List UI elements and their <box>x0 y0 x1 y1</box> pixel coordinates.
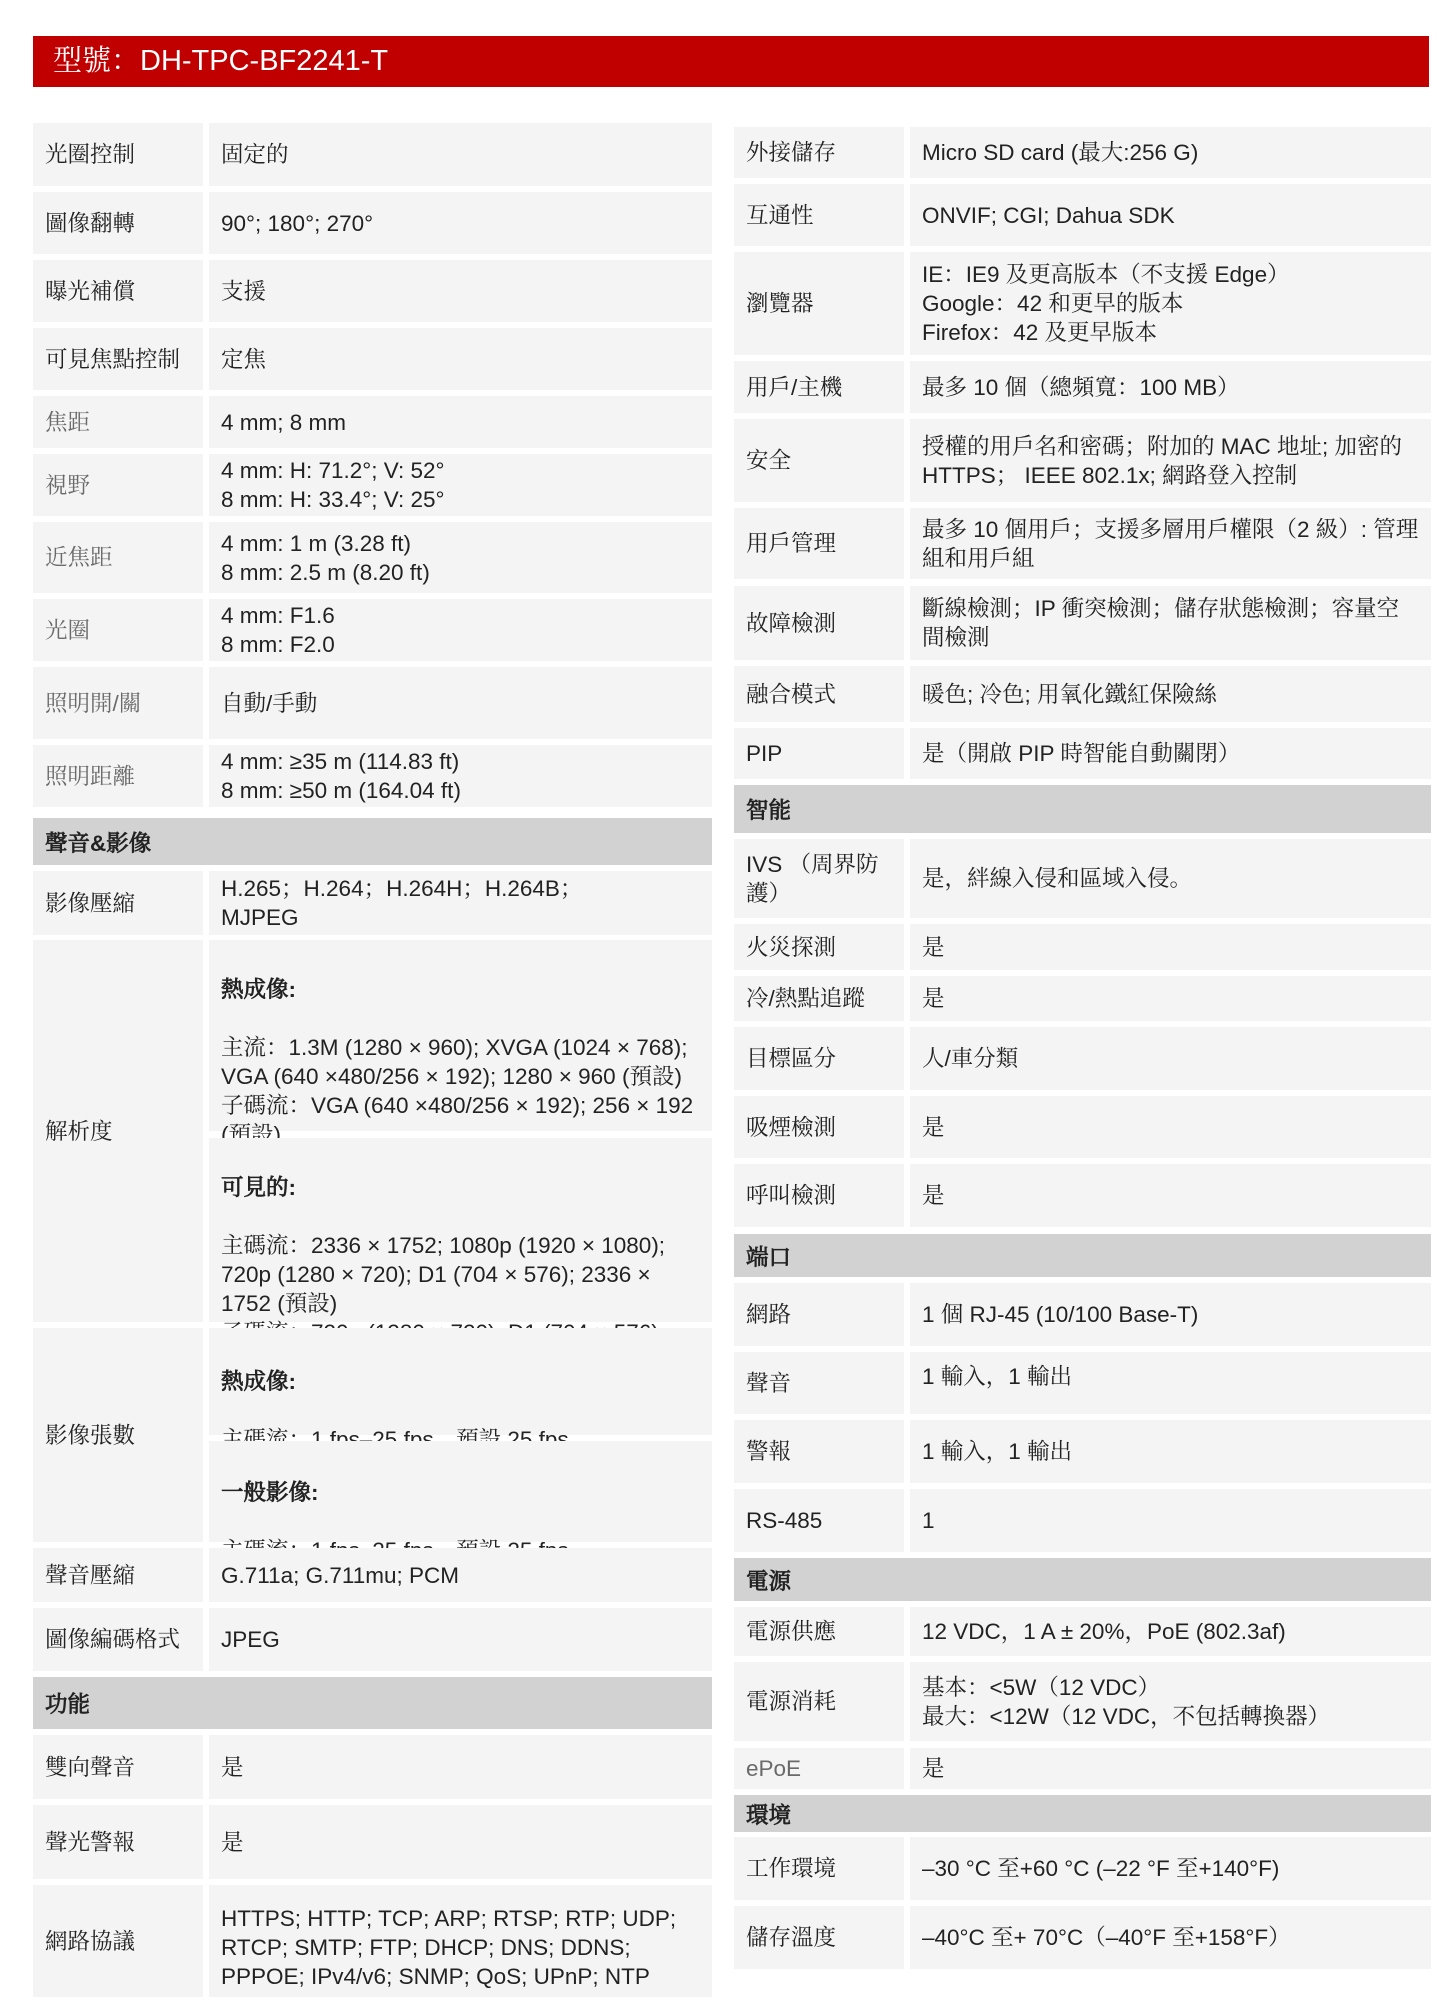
spec-label: PIP <box>734 728 904 779</box>
spec-value: 人/車分類 <box>910 1027 1431 1090</box>
model-title-bar: 型號：DH-TPC-BF2241-T <box>33 36 1429 87</box>
spec-label: 冷/熱點追蹤 <box>734 976 904 1021</box>
model-title: 型號：DH-TPC-BF2241-T <box>53 45 388 77</box>
spec-value: JPEG <box>209 1608 712 1671</box>
resolution-thermal-title: 熱成像: <box>221 975 702 1004</box>
resolution-visible-cell: 可見的: 主碼流：2336 × 1752; 1080p (1920 × 1080… <box>209 1138 712 1322</box>
spec-value: –30 °C 至+60 °C (–22 °F 至+140°F) <box>910 1837 1431 1900</box>
spec-label: 照明距離 <box>33 745 203 807</box>
spec-label: 工作環境 <box>734 1837 904 1900</box>
section-header-environment: 環境 <box>734 1795 1431 1832</box>
spec-value: 1 輸入，1 輸出 <box>910 1352 1431 1414</box>
spec-label: 用戶管理 <box>734 508 904 579</box>
spec-value: G.711a; G.711mu; PCM <box>209 1548 712 1602</box>
spec-label: 影像張數 <box>33 1328 203 1542</box>
spec-label: 融合模式 <box>734 666 904 722</box>
spec-value: 暖色; 冷色; 用氧化鐵紅保險絲 <box>910 666 1431 722</box>
spec-label: 聲音 <box>734 1352 904 1414</box>
spec-label: 聲音壓縮 <box>33 1548 203 1602</box>
spec-label: 近焦距 <box>33 522 203 593</box>
spec-label: 目標區分 <box>734 1027 904 1090</box>
spec-label: 光圈控制 <box>33 123 203 186</box>
resolution-thermal-text: 主流：1.3M (1280 × 960); XVGA (1024 × 768);… <box>221 1035 693 1147</box>
spec-value: 1 <box>910 1489 1431 1552</box>
spec-value: 定焦 <box>209 328 712 390</box>
spec-label: 照明開/關 <box>33 667 203 739</box>
resolution-visible-title: 可見的: <box>221 1173 702 1202</box>
spec-label: 警報 <box>734 1420 904 1483</box>
spec-value: 最多 10 個用戶；支援多層用戶權限（2 級）: 管理組和用戶組 <box>922 515 1421 573</box>
spec-label: 故障檢測 <box>734 586 904 660</box>
spec-value: –40°C 至+ 70°C（–40°F 至+158°F） <box>910 1906 1431 1969</box>
section-header-audio-video: 聲音&影像 <box>33 818 712 865</box>
spec-label: ePoE <box>734 1748 904 1789</box>
spec-value: 斷線檢測；IP 衝突檢測；儲存狀態檢測；容量空間檢測 <box>922 594 1421 652</box>
framerate-thermal-cell: 熱成像: 主碼流：1 fps–25 fps，預設 25 fps 子碼流：1 fp… <box>209 1328 712 1435</box>
resolution-thermal-cell: 熱成像: 主流：1.3M (1280 × 960); XVGA (1024 × … <box>209 940 712 1131</box>
section-header-ports: 端口 <box>734 1234 1431 1277</box>
section-header-function: 功能 <box>33 1677 712 1729</box>
spec-label: 電源消耗 <box>734 1662 904 1741</box>
spec-value: 是 <box>910 976 1431 1021</box>
spec-label: 電源供應 <box>734 1607 904 1656</box>
spec-label: 視野 <box>33 454 203 516</box>
spec-value: 自動/手動 <box>209 667 712 739</box>
spec-label: 圖像編碼格式 <box>33 1608 203 1671</box>
spec-label: 網路協議 <box>33 1885 203 1997</box>
spec-label: 網路 <box>734 1283 904 1346</box>
spec-value: 是 <box>209 1735 712 1799</box>
spec-value: ONVIF; CGI; Dahua SDK <box>910 184 1431 246</box>
spec-value: IE：IE9 及更高版本（不支援 Edge） Google：42 和更早的版本 … <box>922 260 1290 347</box>
spec-value: HTTPS; HTTP; TCP; ARP; RTSP; RTP; UDP; R… <box>221 1904 676 1991</box>
spec-label: IVS （周界防護） <box>746 850 904 908</box>
spec-value: Micro SD card (最大:256 G) <box>910 127 1431 178</box>
spec-value: 4 mm; 8 mm <box>209 396 712 448</box>
spec-label: 圖像翻轉 <box>33 192 203 254</box>
spec-value: 4 mm: ≥35 m (114.83 ft) 8 mm: ≥50 m (164… <box>221 747 461 805</box>
spec-value: 4 mm: 1 m (3.28 ft) 8 mm: 2.5 m (8.20 ft… <box>221 529 430 587</box>
spec-value: 基本：<5W（12 VDC） 最大：<12W（12 VDC，不包括轉換器） <box>922 1673 1330 1731</box>
spec-value: 1 個 RJ-45 (10/100 Base-T) <box>910 1283 1431 1346</box>
spec-label: RS-485 <box>734 1489 904 1552</box>
spec-label: 曝光補償 <box>33 260 203 322</box>
spec-value: 是 <box>910 924 1431 970</box>
spec-value: 90°; 180°; 270° <box>209 192 712 254</box>
spec-label: 雙向聲音 <box>33 1735 203 1799</box>
section-header-smart: 智能 <box>734 785 1431 833</box>
spec-value: 是（開啟 PIP 時智能自動關閉） <box>910 728 1431 779</box>
spec-label: 解析度 <box>33 940 203 1322</box>
spec-value: 4 mm: F1.6 8 mm: F2.0 <box>221 601 335 659</box>
spec-value: 12 VDC，1 A ± 20%，PoE (802.3af) <box>910 1607 1431 1656</box>
spec-value: 是 <box>910 1164 1431 1227</box>
spec-value: 是 <box>910 1096 1431 1158</box>
spec-label: 聲光警報 <box>33 1805 203 1879</box>
spec-value: H.265；H.264；H.264H；H.264B； MJPEG <box>221 874 582 932</box>
framerate-general-cell: 一般影像: 主碼流：1 fps–25 fps，預設 25 fps 子碼流：1 f… <box>209 1441 712 1542</box>
framerate-general-title: 一般影像: <box>221 1478 702 1507</box>
spec-label: 呼叫檢測 <box>734 1164 904 1227</box>
spec-value: 授權的用戶名和密碼；附加的 MAC 地址; 加密的 HTTPS； IEEE 80… <box>922 432 1421 490</box>
spec-label: 焦距 <box>33 396 203 448</box>
spec-label: 儲存溫度 <box>734 1906 904 1969</box>
spec-label: 吸煙檢測 <box>734 1096 904 1158</box>
spec-label: 安全 <box>734 419 904 502</box>
spec-label: 互通性 <box>734 184 904 246</box>
section-header-power: 電源 <box>734 1558 1431 1601</box>
spec-value: 是 <box>209 1805 712 1879</box>
spec-value: 支援 <box>209 260 712 322</box>
spec-value: 是 <box>910 1748 1431 1789</box>
spec-label: 可見焦點控制 <box>33 328 203 390</box>
spec-value: 最多 10 個（總頻寬：100 MB） <box>910 361 1431 413</box>
spec-label: 外接儲存 <box>734 127 904 178</box>
spec-value: 4 mm: H: 71.2°; V: 52° 8 mm: H: 33.4°; V… <box>221 456 445 514</box>
spec-value: 固定的 <box>209 123 712 186</box>
spec-label: 影像壓縮 <box>33 871 203 935</box>
spec-label: 用戶/主機 <box>734 361 904 413</box>
framerate-thermal-title: 熱成像: <box>221 1367 702 1396</box>
spec-label: 火災探測 <box>734 924 904 970</box>
spec-label: 瀏覽器 <box>734 252 904 355</box>
spec-label: 光圈 <box>33 599 203 661</box>
spec-value: 1 輸入，1 輸出 <box>910 1420 1431 1483</box>
spec-value: 是，絆線入侵和區域入侵。 <box>910 839 1431 918</box>
